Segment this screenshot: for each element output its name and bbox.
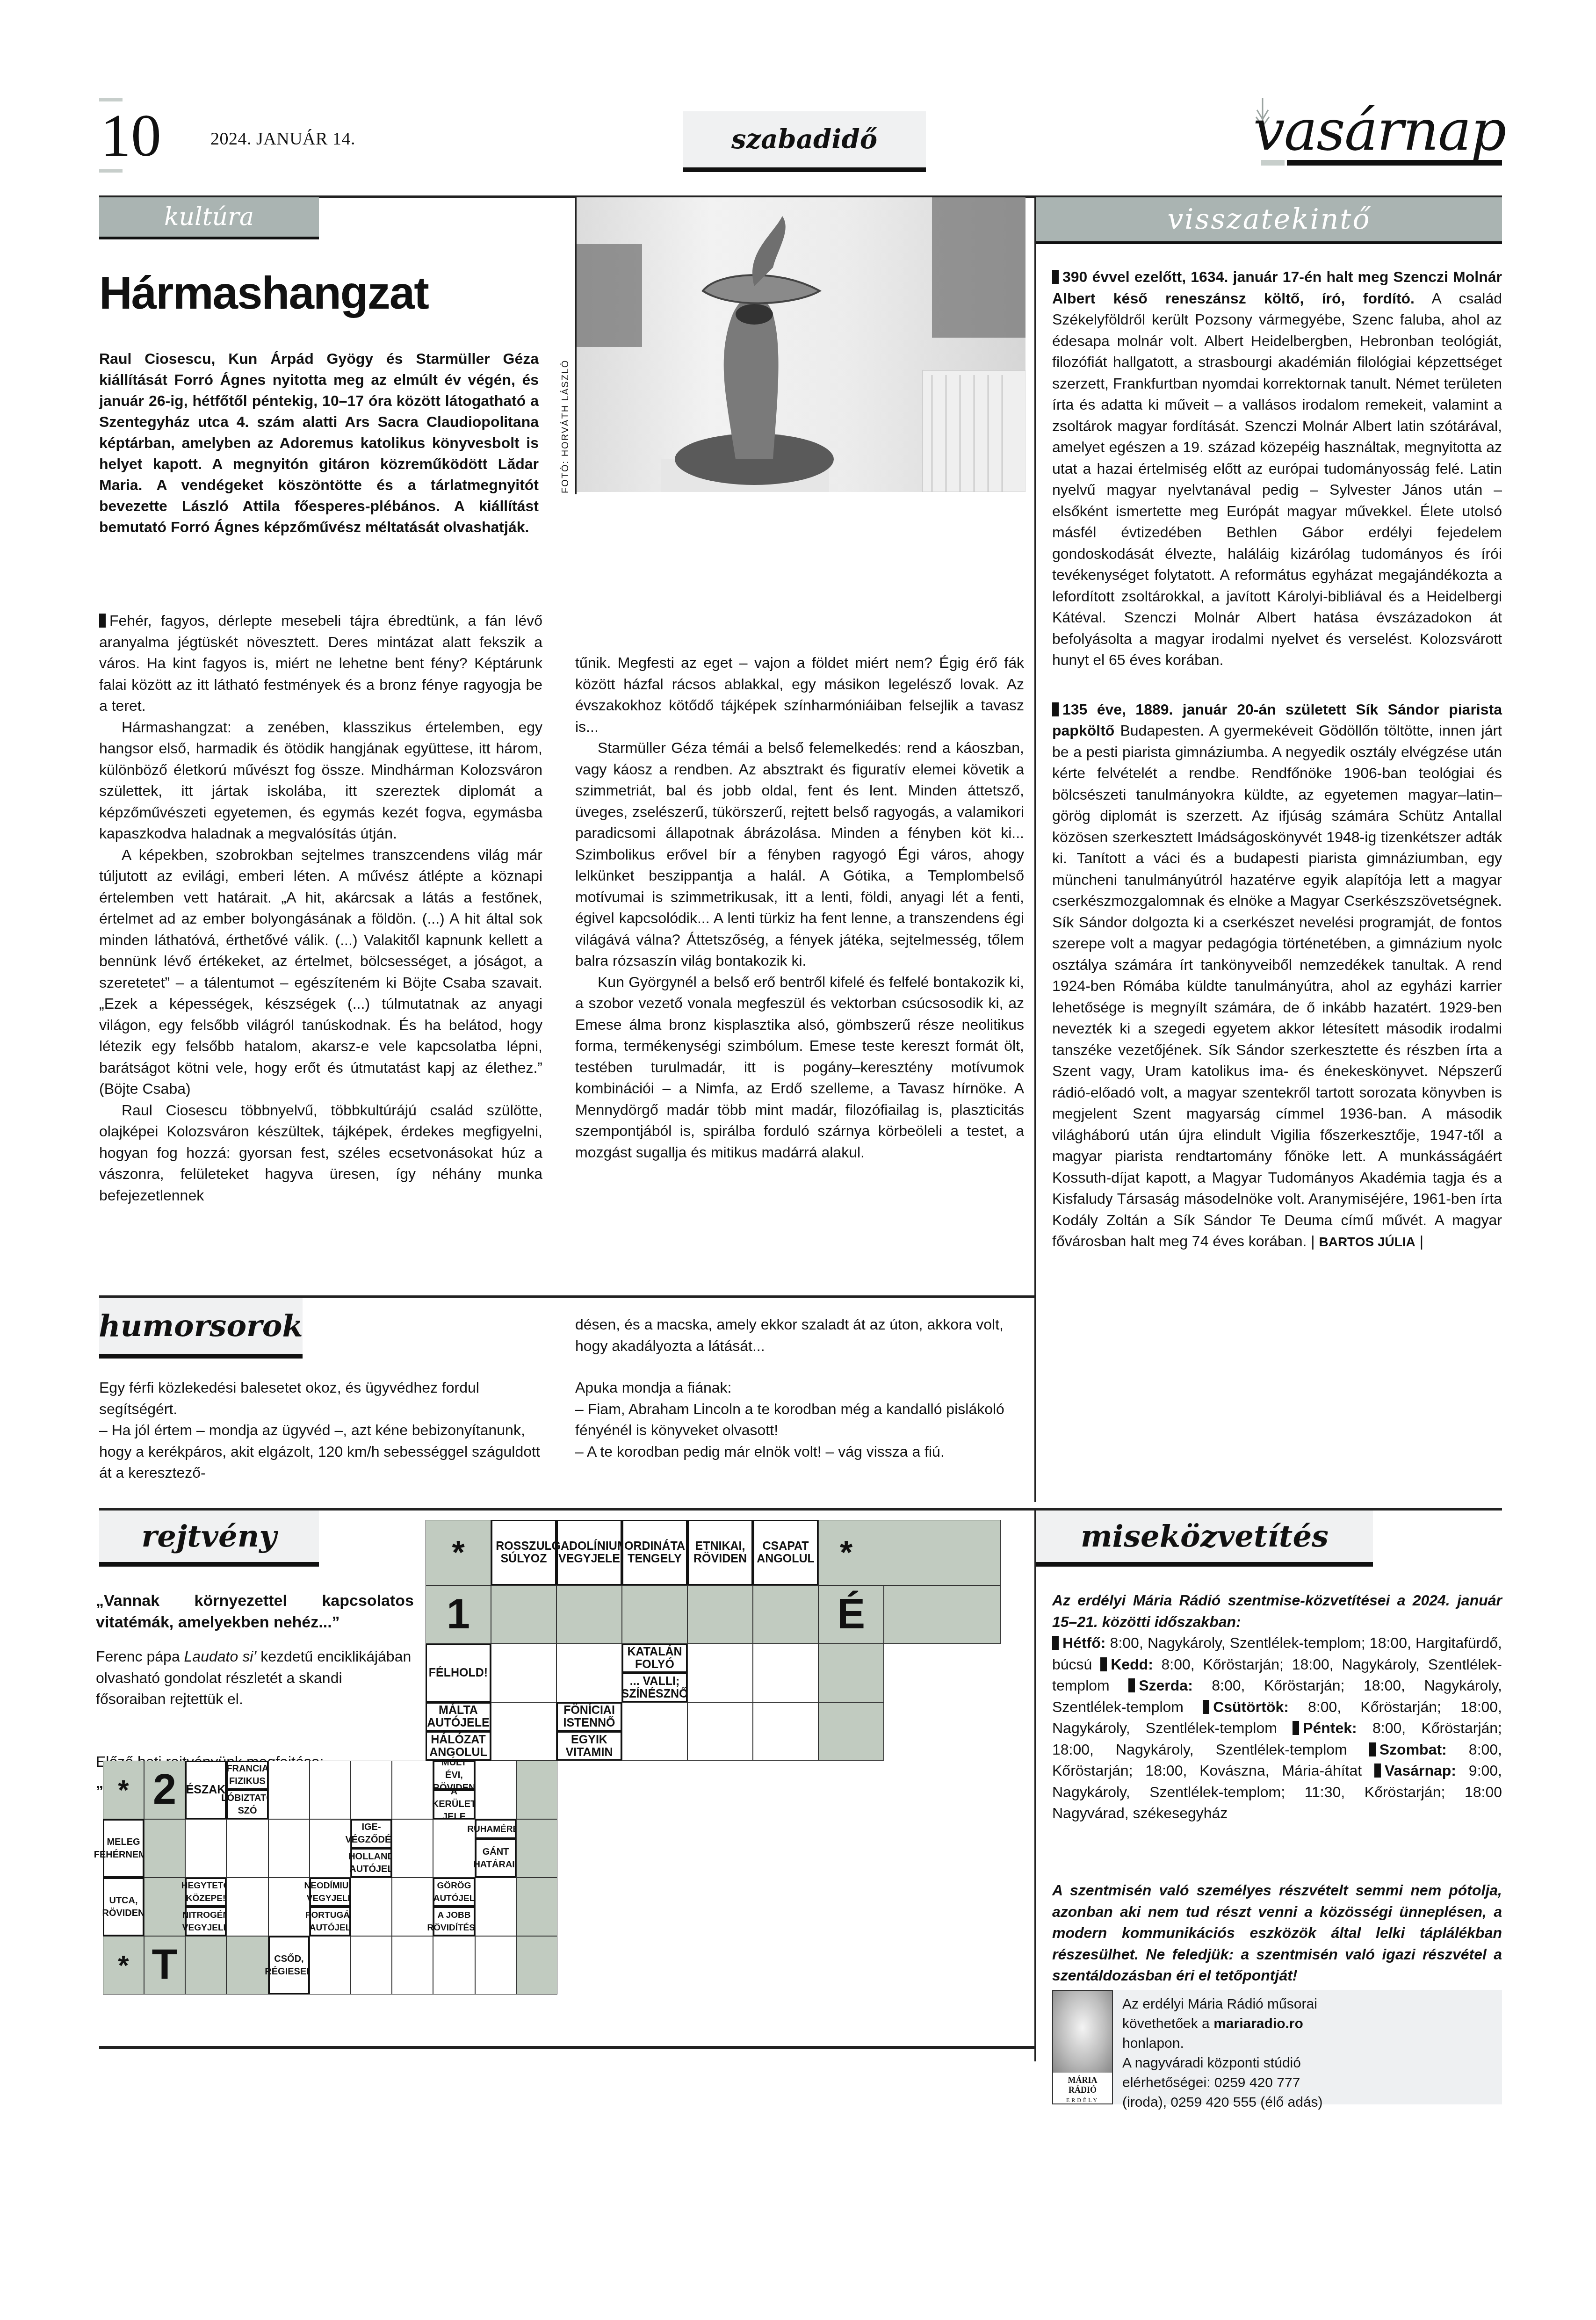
logo-sub: ERDÉLY [1053,2097,1112,2104]
paragraph-marker [1052,270,1059,284]
clue-cell: HOLLAND AUTÓJEL [351,1848,392,1878]
clue-cell: A JOBB RÖVIDÍTÉSE [433,1907,475,1936]
clue-cell: GADOLÍNIUM VEGYJELE [556,1520,622,1585]
byline-suffix: | [1415,1233,1423,1250]
paragraph-marker [1052,702,1059,716]
answer-cell[interactable] [516,1819,557,1878]
paragraph-marker [1128,1678,1135,1692]
answer-cell[interactable] [516,1936,557,1995]
answer-cell[interactable] [185,1936,226,1995]
given-letter-cell: É [818,1585,884,1644]
day-label: Csütörtök: [1213,1698,1289,1715]
retro-kicker: visszatekintő [1036,197,1502,244]
day-label: Vasárnap: [1385,1762,1456,1779]
humor-kicker-text: humorsorok [99,1308,303,1344]
retro-item-text: Budapesten. A gyermekéveit Gödöllőn tölt… [1052,722,1502,1250]
paragraph-marker [1052,1636,1059,1650]
day-label: Kedd: [1111,1656,1153,1673]
row-number-cell: 1 [426,1585,491,1644]
radio-text: Az erdélyi Mária Rádió műsorai követhető… [1122,1995,1323,2112]
intro-italic: Laudato si’ [184,1648,257,1665]
answer-cell[interactable] [310,1819,351,1878]
clue-cell: NITROGÉN VEGYJELE [185,1907,226,1936]
article-paragraph: Hármashangzat: a zenében, klasszikus ért… [99,719,542,842]
bottom-divider [99,2046,1034,2049]
day-label: Szerda: [1139,1677,1193,1694]
puzzle-quote: „Vannak környezettel kapcsolatos vitatém… [96,1590,414,1633]
article-lead: Raul Ciosescu, Kun Árpád Gyögy és Starmü… [99,348,539,538]
answer-cell[interactable] [144,1819,185,1878]
radio-website-link[interactable]: mariaradio.ro [1213,2016,1303,2031]
retro-item-text: A család Székelyföldről került Pozsony v… [1052,290,1502,669]
answer-cell[interactable] [491,1644,556,1702]
answer-cell[interactable] [491,1702,556,1761]
article-column-2: tűnik. Megfesti az eget – vajon a földet… [575,652,1024,1163]
article-paragraph: A képekben, szobrokban sejtelmes transzc… [99,846,542,1098]
section-label: szabadidő [683,111,926,172]
clue-cell: HEGYTETŐ KÖZEPE! [185,1878,226,1907]
row-number-cell: 2 [144,1761,185,1819]
madonna-image [1053,1991,1112,2073]
clue-cell: RUHAMÉRET [475,1819,516,1839]
joke-1-continued: désen, és a macska, amely ekkor szaladt … [575,1314,1024,1357]
clue-cell: NEODÍMIUM VEGYJELE [310,1878,351,1907]
brand-rule [1287,160,1502,166]
article-paragraph: tűnik. Megfesti az eget – vajon a földet… [575,654,1024,735]
given-letter-cell: T [144,1936,185,1995]
joke-2: Apuka mondja a fiának: – Fiam, Abraham L… [575,1377,1024,1462]
clue-cell: KATALÁN FOLYÓ [622,1644,687,1673]
brand-logo[interactable]: vasárnap [1253,98,1496,168]
answer-cell[interactable] [622,1585,687,1644]
answer-cell[interactable] [753,1585,818,1644]
answer-cell[interactable] [622,1702,687,1761]
paragraph-marker [99,614,106,628]
clue-cell: ORDINÁTA TENGELY [622,1520,687,1585]
answer-cell[interactable] [226,1936,268,1995]
answer-cell[interactable] [185,1819,226,1878]
answer-cell[interactable] [818,1702,884,1761]
answer-cell[interactable] [516,1761,557,1819]
article-column-1: Fehér, fagyos, dérlepte mesebeli tájra é… [99,610,542,1206]
answer-cell[interactable] [226,1819,268,1878]
day-label: Péntek: [1303,1720,1357,1736]
author-byline: BARTOS JÚLIA [1319,1235,1415,1249]
answer-cell[interactable] [884,1585,1001,1644]
mass-kicker-text: miseközvetítés [1081,1519,1329,1554]
star-cell: * [426,1520,491,1585]
mass-schedule: Az erdélyi Mária Rádió szentmise-közvetí… [1052,1590,1502,1824]
clue-cell: UTCA, RÖVIDEN [103,1878,144,1936]
retro-kicker-text: visszatekintő [1167,203,1371,236]
clue-cell: FÖNÍCIAI ISTENNŐ [556,1702,622,1731]
clue-cell: CSŐD, RÉGIESEN [268,1936,310,1995]
clue-cell: CSAPAT ANGOLUL [753,1520,818,1585]
answer-cell[interactable] [392,1819,433,1878]
column-divider [1034,1510,1036,2061]
retro-column: 390 évvel ezelőtt, 1634. január 17-én ha… [1052,267,1502,1253]
radio-info-box: MÁRIA RÁDIÓ ERDÉLY Az erdélyi Mária Rádi… [1052,1990,1502,2104]
star-cell: * [103,1761,144,1819]
answer-cell[interactable] [491,1585,556,1644]
intro-text: Ferenc pápa [96,1648,184,1665]
clue-cell: ... VALLI; SZÍNÉSZNŐ [622,1673,687,1702]
answer-cell[interactable] [392,1761,433,1819]
clue-cell: MELEG FEHÉRNEMŰ [103,1819,144,1878]
article-paragraph: Raul Ciosescu többnyelvű, többkultúrájú … [99,1102,542,1204]
answer-cell[interactable] [310,1761,351,1819]
answer-cell[interactable] [556,1585,622,1644]
answer-cell[interactable] [268,1761,310,1819]
star-cell: * [103,1936,144,1995]
clue-cell: MÁLTA AUTÓJELE [426,1702,491,1731]
culture-kicker: kultúra [99,197,319,239]
answer-cell[interactable] [392,1936,433,1995]
brand-rule-gray [1261,160,1285,166]
page-number: 10 [101,105,161,166]
puzzle-intro: Ferenc pápa Laudato si’ kezdetű enciklik… [96,1646,414,1710]
radio-text-2: honlapon. [1122,2036,1184,2051]
sculpture-image-icon [577,197,1025,492]
answer-cell[interactable] [268,1819,310,1878]
page-number-rule-bottom [99,169,123,173]
clue-cell: IGE-VÉGZŐDÉS [351,1819,392,1848]
answer-cell[interactable] [475,1878,516,1936]
clue-cell: GÁNT HATÁRAI! [475,1839,516,1878]
answer-cell[interactable] [753,1702,818,1761]
answer-cell[interactable] [433,1936,475,1995]
answer-cell[interactable] [144,1878,185,1936]
mass-note: A szentmisén való személyes részvételt s… [1052,1880,1502,1987]
paragraph-marker [1100,1657,1107,1671]
paragraph-marker [1374,1763,1381,1778]
clue-cell: PORTUGÁL AUTÓJEL [310,1907,351,1936]
puzzle-kicker-text: rejtvény [142,1519,277,1554]
answer-cell[interactable] [753,1644,818,1702]
answer-cell[interactable] [351,1761,392,1819]
answer-cell[interactable] [516,1878,557,1936]
article-paragraph: Fehér, fagyos, dérlepte mesebeli tájra é… [99,612,542,714]
section-label-text: szabadidő [731,124,877,155]
star-glyph: * [840,1547,852,1559]
answer-cell[interactable] [475,1761,516,1819]
answer-cell[interactable] [687,1644,753,1702]
clue-cell: ÉSZAK [185,1761,226,1819]
answer-cell[interactable] [556,1644,622,1702]
logo-name: MÁRIA RÁDIÓ [1053,2075,1112,2095]
paragraph-marker [1203,1700,1209,1714]
answer-cell[interactable] [351,1878,392,1936]
clue-cell: EGYIK VITAMIN [556,1731,622,1761]
clue-cell: A KERÜLET JELE [433,1790,475,1819]
page-number-rule-top [99,98,123,101]
clue-cell: FÉLHOLD! [426,1644,491,1702]
brand-name: vasárnap [1253,103,1505,159]
answer-cell[interactable] [687,1702,753,1761]
issue-date: 2024. JANUÁR 14. [210,129,355,149]
mass-kicker: miseközvetítés [1036,1511,1373,1567]
sculpture-photo [577,197,1025,492]
clue-cell: ETNIKAI, RÖVIDEN [687,1520,753,1585]
column-divider [1034,197,1036,1502]
answer-cell[interactable] [268,1878,310,1936]
answer-cell[interactable] [226,1878,268,1936]
paragraph-marker [1369,1742,1376,1756]
paragraph-marker [1293,1721,1299,1735]
clue-cell: FRANCIA FIZIKUS [226,1761,268,1790]
culture-kicker-text: kultúra [164,203,254,231]
star-cell: * [818,1520,1001,1585]
answer-cell[interactable] [310,1936,351,1995]
photo-credit: FOTÓ: HORVÁTH LÁSZLÓ [560,348,571,493]
answer-cell[interactable] [351,1936,392,1995]
maria-radio-logo[interactable]: MÁRIA RÁDIÓ ERDÉLY [1052,1990,1113,2104]
clue-cell: GÖRÖG AUTÓJEL [433,1878,475,1907]
humor-kicker: humorsorok [99,1298,303,1359]
day-label: Hétfő: [1062,1634,1105,1651]
article-headline: Hármashangzat [99,267,428,319]
joke-1: Egy férfi közlekedési balesetet okoz, és… [99,1377,548,1484]
answer-cell[interactable] [687,1585,753,1644]
puzzle-kicker: rejtvény [99,1511,319,1567]
article-paragraph: Starmüller Géza témái a belső felemelked… [575,739,1024,969]
article-paragraph: Kun Györgynél a belső erő bentről kifelé… [575,974,1024,1161]
mass-intro: Az erdélyi Mária Rádió szentmise-közvetí… [1052,1590,1502,1633]
day-label: Szombat: [1379,1741,1447,1758]
clue-cell: LÓBIZTATÓ SZÓ [226,1790,268,1819]
answer-cell[interactable] [475,1936,516,1995]
answer-cell[interactable] [818,1644,884,1702]
radio-contact: A nagyváradi központi stúdió elérhetőség… [1122,2055,1323,2110]
clue-cell: ROSSZUL SÚLYOZ [491,1520,556,1585]
